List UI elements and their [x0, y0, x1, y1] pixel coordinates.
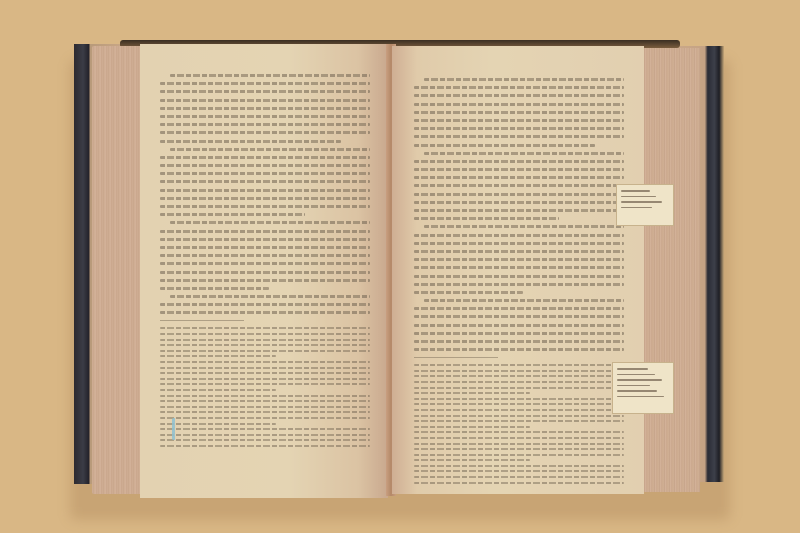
handwritten-line: [621, 196, 656, 198]
footnote-line: [414, 381, 624, 383]
footnote-line: [160, 417, 370, 419]
text-line: [160, 303, 370, 306]
footnote-line: [414, 392, 530, 394]
blue-pencil-mark: [172, 418, 179, 440]
text-line: [414, 119, 624, 122]
footnote-line: [414, 364, 624, 366]
right-page: [392, 46, 644, 494]
text-line: [160, 271, 370, 274]
handwritten-line: [621, 207, 652, 209]
handwritten-line: [617, 396, 664, 398]
right-body-text: [414, 78, 624, 487]
text-line: [170, 221, 370, 224]
handwritten-line: [621, 190, 650, 192]
handwritten-line: [617, 368, 648, 370]
text-line: [414, 283, 624, 286]
footnote-line: [414, 415, 624, 417]
inserted-note-upper: [616, 184, 674, 226]
text-line: [160, 131, 370, 134]
text-line: [414, 291, 523, 294]
text-line: [160, 180, 370, 183]
footnote-line: [414, 482, 624, 484]
text-line: [424, 299, 624, 302]
text-line: [414, 176, 624, 179]
text-line: [414, 275, 624, 278]
footnote-line: [160, 389, 276, 391]
text-line: [424, 152, 624, 155]
text-line: [170, 148, 370, 151]
text-line: [414, 193, 624, 196]
footnote-line: [414, 375, 624, 377]
footnote-line: [160, 361, 370, 363]
text-line: [414, 332, 624, 335]
text-line: [414, 160, 624, 163]
handwritten-line: [621, 201, 662, 203]
text-line: [160, 254, 370, 257]
text-line: [160, 262, 370, 265]
text-line: [414, 340, 624, 343]
text-line: [160, 205, 370, 208]
footnote-line: [160, 439, 370, 441]
text-line: [414, 266, 624, 269]
footnote-line: [160, 333, 370, 335]
footnote-line: [160, 395, 370, 397]
footnote-line: [414, 409, 624, 411]
text-line: [414, 324, 624, 327]
footnote-line: [414, 448, 624, 450]
footnote-rule: [414, 357, 498, 358]
text-line: [160, 172, 370, 175]
footnote-line: [160, 383, 370, 385]
footnote-line: [414, 459, 530, 461]
footnote-line: [160, 445, 370, 447]
footnote-line: [160, 372, 370, 374]
footnote-line: [414, 426, 530, 428]
footnote-line: [414, 470, 624, 472]
handwritten-line: [617, 385, 650, 387]
text-line: [160, 311, 370, 314]
text-line: [160, 123, 370, 126]
footnote-line: [160, 350, 370, 352]
handwritten-line: [617, 390, 657, 392]
footnote-line: [414, 403, 624, 405]
footnote-line: [414, 465, 624, 467]
text-line: [414, 250, 624, 253]
text-line: [414, 242, 624, 245]
text-line: [414, 127, 624, 130]
footnote-rule: [160, 320, 244, 321]
text-line: [414, 135, 624, 138]
footnote-line: [160, 339, 370, 341]
text-line: [414, 86, 624, 89]
right-page-stack: [640, 48, 700, 492]
text-line: [424, 78, 624, 81]
text-line: [160, 287, 269, 290]
footnote-line: [160, 434, 370, 436]
text-line: [414, 209, 624, 212]
text-line: [160, 82, 370, 85]
text-line: [414, 201, 624, 204]
footnote-line: [414, 398, 624, 400]
footnote-line: [414, 443, 624, 445]
text-line: [160, 90, 370, 93]
left-body-text: [160, 74, 370, 451]
text-line: [414, 168, 624, 171]
text-line: [160, 164, 370, 167]
handwritten-line: [617, 374, 655, 376]
text-line: [160, 246, 370, 249]
footnote-line: [414, 431, 624, 433]
text-line: [414, 258, 624, 261]
footnote-line: [414, 420, 624, 422]
footnote-line: [160, 344, 370, 346]
footnote-line: [414, 387, 624, 389]
text-line: [160, 230, 370, 233]
text-line: [414, 348, 624, 351]
footnote-line: [160, 406, 370, 408]
footnote-line: [414, 476, 624, 478]
text-line: [160, 238, 370, 241]
footnote-line: [160, 428, 370, 430]
footnote-line: [160, 327, 370, 329]
footnote-line: [160, 367, 370, 369]
text-line: [424, 225, 624, 228]
footnote-line: [160, 355, 276, 357]
text-line: [414, 111, 624, 114]
footnote-line: [160, 378, 370, 380]
text-line: [414, 307, 624, 310]
text-line: [414, 94, 624, 97]
handwritten-line: [617, 379, 662, 381]
text-line: [170, 74, 370, 77]
text-line: [160, 115, 370, 118]
text-line: [160, 99, 370, 102]
text-line: [160, 156, 370, 159]
text-line: [160, 189, 370, 192]
inserted-note-lower: [612, 362, 674, 414]
footnote-line: [414, 454, 624, 456]
text-line: [414, 103, 624, 106]
text-line: [160, 213, 305, 216]
text-line: [160, 140, 341, 143]
text-line: [160, 107, 370, 110]
footnote-line: [414, 370, 624, 372]
footnote-line: [160, 411, 370, 413]
text-line: [414, 217, 559, 220]
text-line: [414, 184, 624, 187]
text-line: [414, 144, 595, 147]
text-line: [414, 315, 624, 318]
footnote-line: [160, 400, 370, 402]
text-line: [160, 197, 370, 200]
text-line: [160, 279, 370, 282]
text-line: [170, 295, 370, 298]
text-line: [414, 234, 624, 237]
footnote-line: [414, 437, 624, 439]
